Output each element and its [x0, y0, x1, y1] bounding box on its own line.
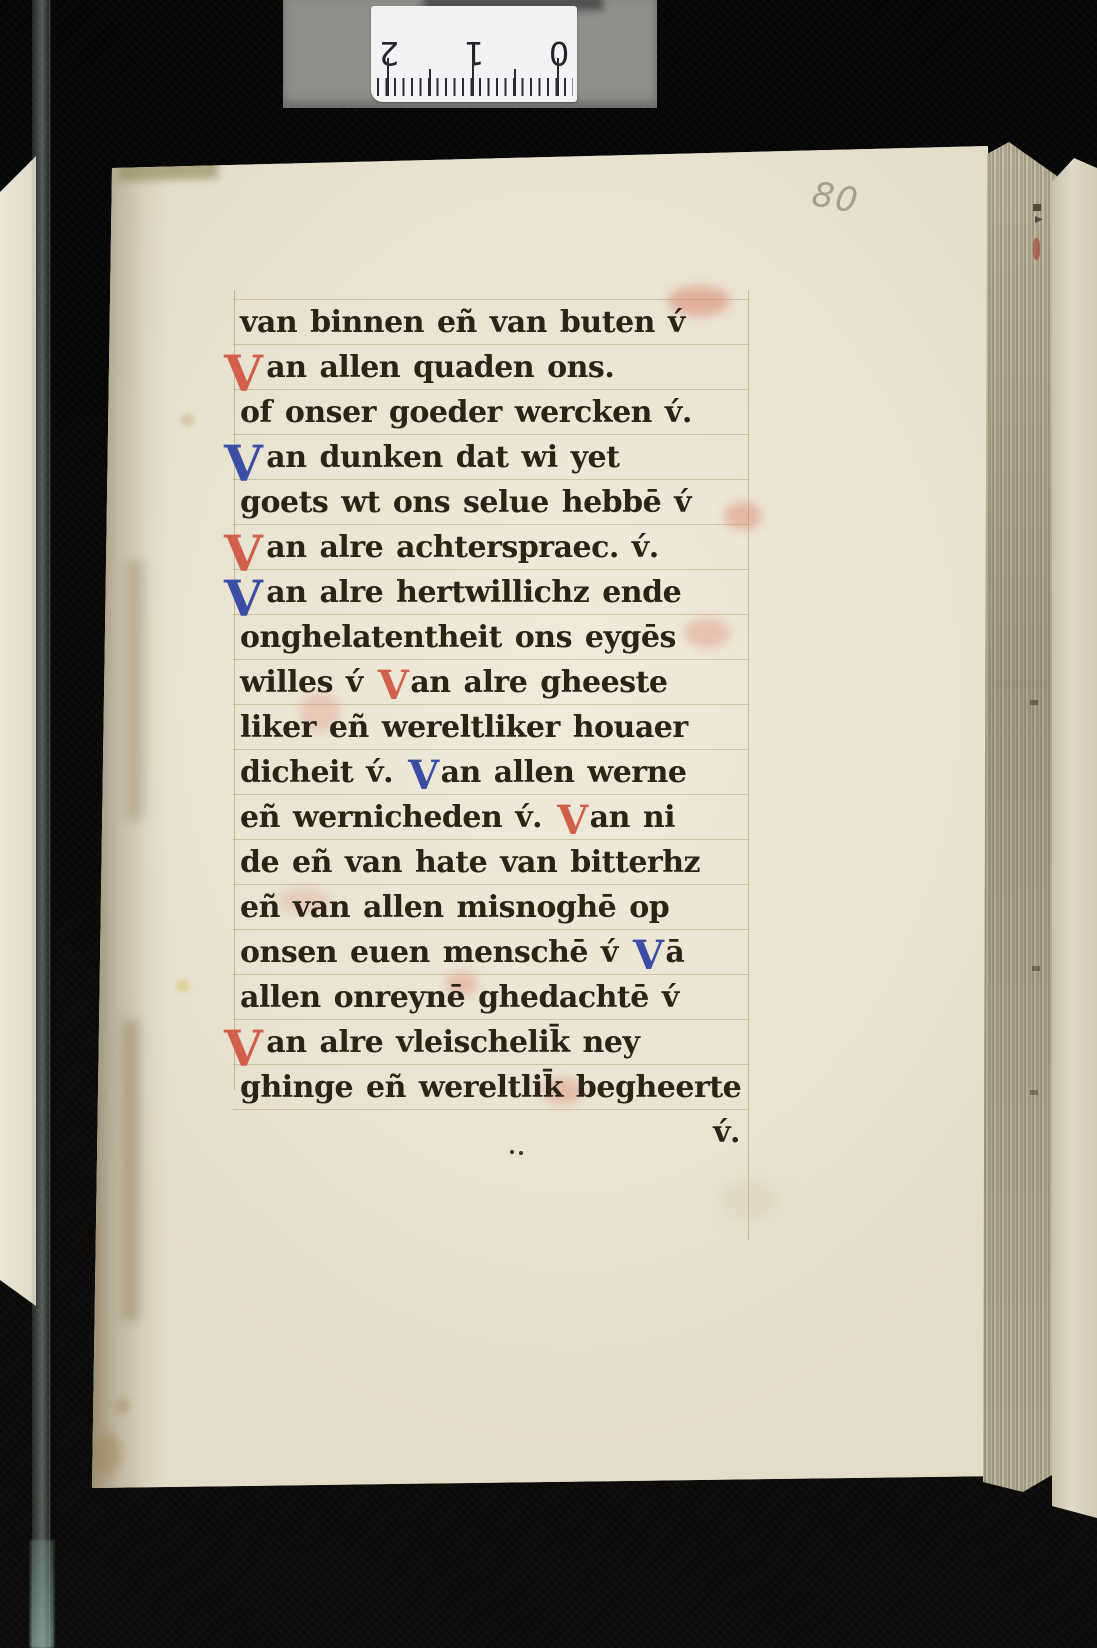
ink-dots: [510, 1150, 514, 1154]
text-line: onghelatentheit ons eygēs: [240, 615, 754, 660]
text-line: allen onreynē ghedachtē v́: [240, 975, 754, 1020]
text-line: willes v́ Van alre gheeste: [240, 660, 754, 705]
illuminated-initial: V: [224, 525, 262, 570]
illuminated-initial: V: [557, 795, 588, 840]
ruler-halfcm-tick: [429, 69, 431, 96]
ruler-halfcm-tick: [514, 69, 516, 96]
gutter-streak: [128, 560, 142, 820]
text-line: Van allen quaden ons.: [240, 345, 754, 390]
illuminated-initial: V: [224, 1020, 262, 1065]
fore-edge-mark: [1030, 1090, 1038, 1095]
illuminated-initial: V: [408, 750, 439, 795]
illuminated-initial: V: [224, 345, 262, 390]
text-line: ghinge eñ wereltlik̄ begheerte: [240, 1065, 754, 1110]
parchment-stain: [176, 980, 190, 992]
text-line: dicheit v́. Van allen werne: [240, 750, 754, 795]
fore-edge-mark: [1032, 966, 1040, 971]
glass-strip-reflection: [30, 1540, 54, 1648]
parchment-stain: [720, 1180, 780, 1220]
ruler-sticker: 2 1 0: [371, 6, 577, 102]
ruler-cm-tick: [557, 58, 559, 96]
text-line: goets wt ons selue hebbē v́: [240, 480, 754, 525]
text-line: onsen euen menschē v́ Vā: [240, 930, 754, 975]
text-line: de eñ van hate van bitterhz: [240, 840, 754, 885]
folio-number: 80: [809, 174, 862, 222]
text-block: van binnen eñ van buten v́ Van allen qua…: [240, 300, 754, 1155]
text-line: van binnen eñ van buten v́: [240, 300, 754, 345]
illuminated-initial: V: [378, 660, 409, 705]
illuminated-initial: V: [224, 570, 262, 615]
parchment-stain: [180, 414, 194, 426]
parchment-stain: [92, 1434, 122, 1474]
illuminated-initial: V: [633, 930, 664, 975]
parchment-stain: [116, 1398, 130, 1414]
fore-edge-page-stack: [983, 142, 1057, 1492]
text-line: liker eñ wereltliker houaer: [240, 705, 754, 750]
ruler-millimetre-ticks: [377, 78, 573, 96]
fore-edge-mark-red: [1033, 238, 1040, 260]
gutter-streak: [124, 1020, 138, 1320]
ruler-cm-tick: [387, 58, 389, 96]
photograph-stage: 2 1 0 80: [0, 0, 1097, 1648]
ruler-digit-0: 0: [547, 34, 571, 72]
text-line: Van alre vleischelik̄ ney: [240, 1020, 754, 1065]
text-line: of onser goeder wercken v́.: [240, 390, 754, 435]
glass-strip: [32, 0, 49, 1648]
manuscript-page: 80 van binnen eñ van buten v́ Van allen …: [0, 0, 1097, 1648]
text-line: eñ wernicheden v́. Van ni: [240, 795, 754, 840]
ruler-digit-2: 2: [377, 34, 401, 72]
scale-card: 2 1 0: [283, 0, 657, 108]
fore-edge-mark: [1033, 204, 1041, 211]
illuminated-initial: V: [224, 435, 262, 480]
text-line: Van dunken dat wi yet: [240, 435, 754, 480]
fore-edge-mark: [1030, 700, 1038, 705]
versicle-mark: v́.: [240, 1110, 754, 1155]
ruler-cm-tick: [472, 58, 474, 96]
facing-page-edge: [0, 150, 36, 1316]
text-line: Van alre hertwillichz ende: [240, 570, 754, 615]
back-cover-edge: [1052, 158, 1097, 1518]
left-bounding-line: [234, 290, 235, 1090]
ruler-digit-1: 1: [462, 34, 486, 72]
text-line: Van alre achterspraec. v́.: [240, 525, 754, 570]
text-line: eñ van allen misnoghē op: [240, 885, 754, 930]
